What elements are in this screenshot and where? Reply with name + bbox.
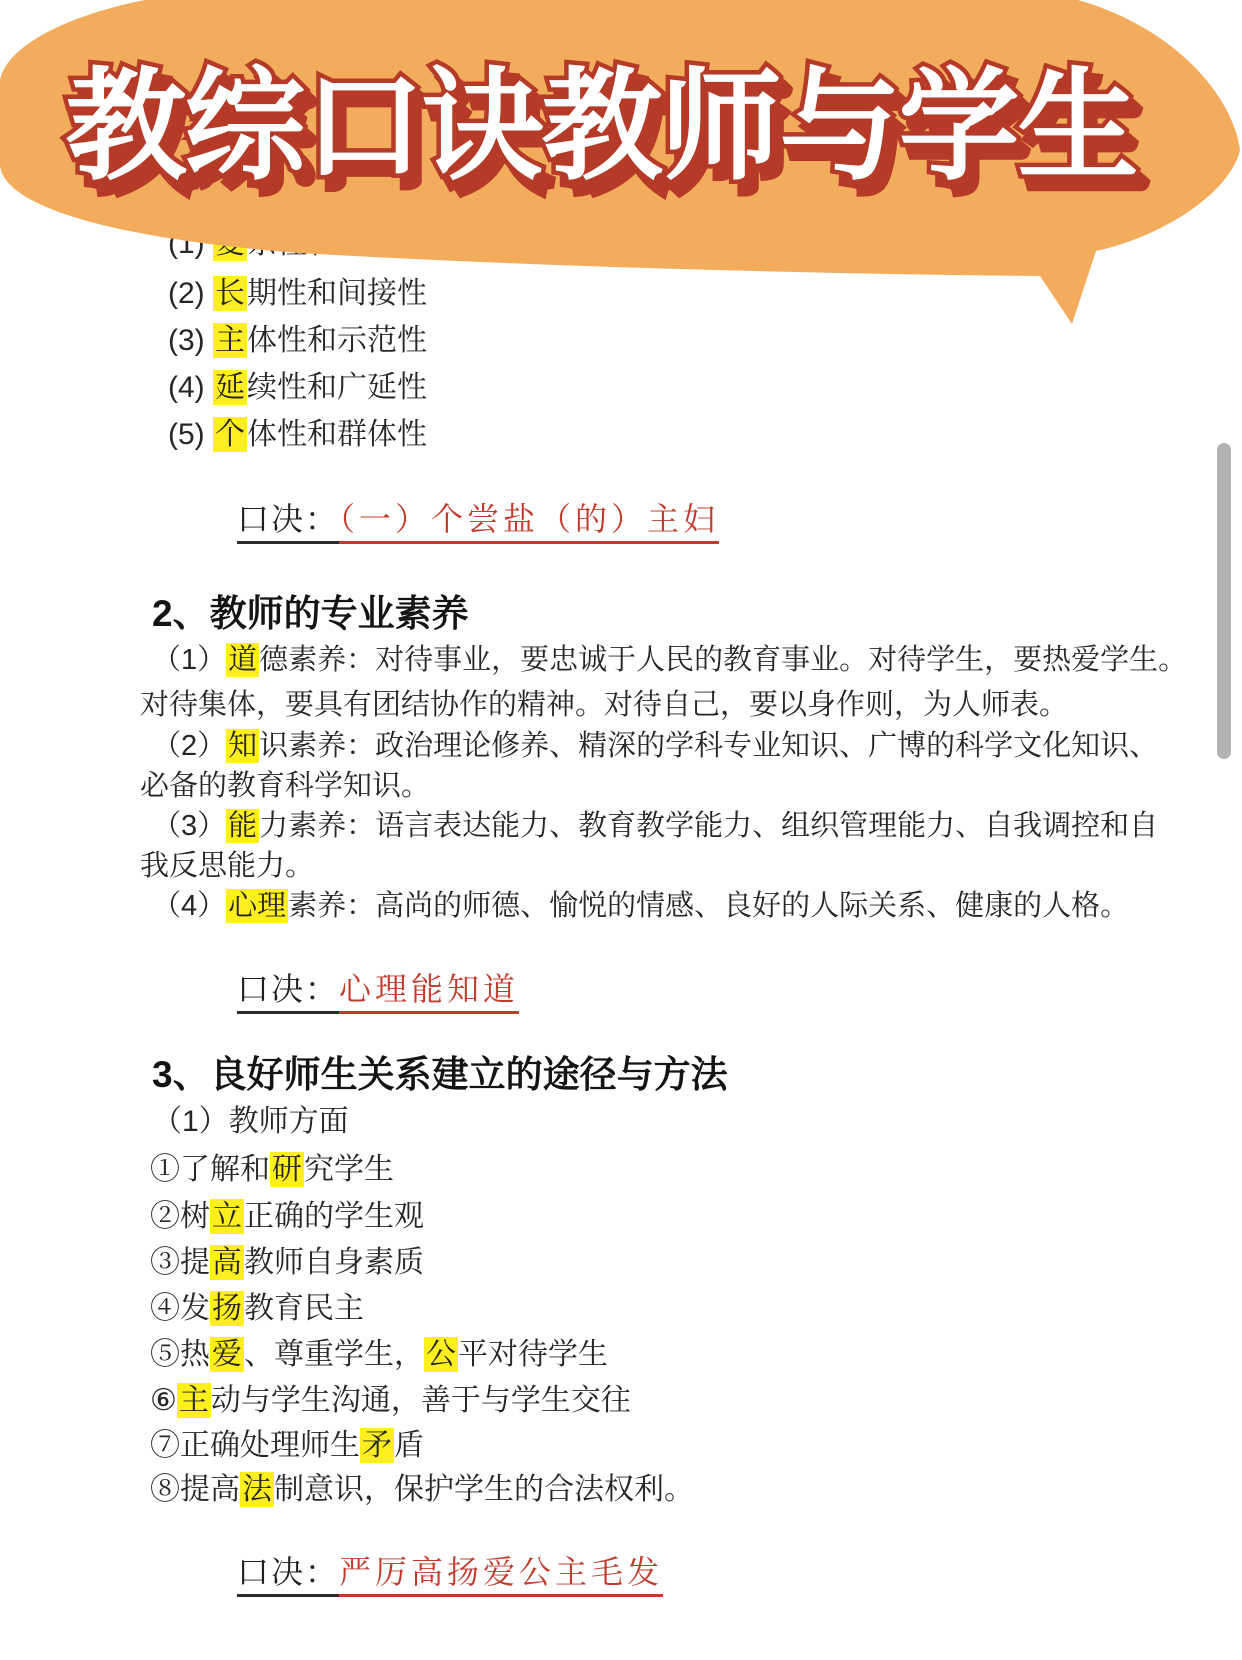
text-run: 德素养：对待事业，要忠诚于人民的教育事业。对待学生，要热爱学生。 xyxy=(259,644,1187,676)
numbered-item: ①了解和研究学生 xyxy=(150,1150,394,1190)
text-run: (5) xyxy=(168,418,213,451)
text-run: ⑧提高 xyxy=(150,1473,240,1506)
paragraph-line: 对待集体，要具有团结协作的精神。对待自己，要以身作则，为人师表。 xyxy=(140,685,1068,725)
text-run: ⑤热 xyxy=(150,1338,210,1371)
text-run: (4) xyxy=(168,371,213,404)
text-run: 必备的教育科学知识。 xyxy=(140,770,430,802)
numbered-item: ⑦正确处理师生矛盾 xyxy=(150,1426,424,1466)
highlighted-char: 心理 xyxy=(226,889,288,923)
mnemonic-line-2: 口决：心理能知道 xyxy=(237,968,519,1010)
text-run: 我反思能力。 xyxy=(140,850,314,882)
text-run: （4） xyxy=(152,890,226,922)
section-2-heading: 2、教师的专业素养 xyxy=(152,592,469,636)
numbered-item: ④发扬教育民主 xyxy=(150,1289,364,1329)
highlighted-char: 延 xyxy=(213,370,247,405)
numbered-item: ⑥主动与学生沟通，善于与学生交往 xyxy=(150,1381,631,1421)
text-run: ③提 xyxy=(150,1246,210,1279)
text-run: ⑦正确处理师生 xyxy=(150,1429,360,1462)
text-run: 、尊重学生， xyxy=(244,1338,424,1371)
highlighted-char: 立 xyxy=(210,1199,244,1234)
highlighted-char: 公 xyxy=(424,1337,458,1372)
text-run: 力素养：语言表达能力、教育教学能力、组织管理能力、自我调控和自 xyxy=(259,810,1158,842)
text-run: ②树 xyxy=(150,1200,210,1233)
paragraph-line: （1）道德素养：对待事业，要忠诚于人民的教育事业。对待学生，要热爱学生。 xyxy=(152,640,1187,680)
text-run: 正确的学生观 xyxy=(244,1200,424,1233)
highlighted-char: 个 xyxy=(213,417,247,452)
highlighted-char: 高 xyxy=(210,1245,244,1280)
list-item: (4) 延续性和广延性 xyxy=(168,368,427,408)
list-item: (5) 个体性和群体性 xyxy=(168,415,427,455)
mnemonic-label: 口决： xyxy=(237,971,339,1014)
mnemonic-label: 口决： xyxy=(237,1554,339,1597)
highlighted-char: 爱 xyxy=(210,1337,244,1372)
notes-page: (1) 复杂性和创造性 (2) 长期性和间接性 (3) 主体性和示范性 (4) … xyxy=(0,0,1242,1660)
highlighted-char: 研 xyxy=(270,1152,304,1187)
numbered-item: ⑧提高法制意识，保护学生的合法权利。 xyxy=(150,1470,694,1510)
section-3-subheading: （1）教师方面 xyxy=(152,1102,349,1142)
text-run: 续性和广延性 xyxy=(247,371,427,404)
highlighted-char: 能 xyxy=(226,809,259,843)
section-3-heading: 3、良好师生关系建立的途径与方法 xyxy=(152,1053,728,1097)
scrollbar-thumb[interactable] xyxy=(1217,443,1231,759)
mnemonic-text: 严厉高扬爱公主毛发 xyxy=(339,1554,663,1597)
text-run: 体性和群体性 xyxy=(247,418,427,451)
text-run: 动与学生沟通，善于与学生交往 xyxy=(211,1384,631,1417)
paragraph-line: 我反思能力。 xyxy=(140,846,314,886)
highlighted-char: 主 xyxy=(177,1383,211,1418)
numbered-item: ③提高教师自身素质 xyxy=(150,1243,424,1283)
numbered-item: ②树立正确的学生观 xyxy=(150,1197,424,1237)
mnemonic-line-1: 口决：（一）个尝盐（的）主妇 xyxy=(237,498,719,540)
text-run: ④发 xyxy=(150,1292,210,1325)
text-run: 平对待学生 xyxy=(458,1338,608,1371)
highlighted-char: 道 xyxy=(226,643,259,677)
text-run: （1） xyxy=(152,644,226,676)
text-run: ⑥ xyxy=(150,1384,177,1417)
mnemonic-line-3: 口决：严厉高扬爱公主毛发 xyxy=(237,1551,663,1593)
paragraph-line: （2）知识素养：政治理论修养、精深的学科专业知识、广博的科学文化知识、 xyxy=(152,726,1158,766)
highlighted-char: 知 xyxy=(226,729,259,763)
highlighted-char: 法 xyxy=(240,1472,274,1507)
banner-title: 教综口诀教师与学生 xyxy=(65,58,1136,194)
paragraph-line: 必备的教育科学知识。 xyxy=(140,766,430,806)
text-run: （3） xyxy=(152,810,226,842)
numbered-item: ⑤热爱、尊重学生，公平对待学生 xyxy=(150,1335,608,1375)
text-run: 教师自身素质 xyxy=(244,1246,424,1279)
text-run: 制意识，保护学生的合法权利。 xyxy=(274,1473,694,1506)
paragraph-line: （4）心理素养：高尚的师德、愉悦的情感、良好的人际关系、健康的人格。 xyxy=(152,886,1129,926)
mnemonic-label: 口决： xyxy=(237,501,339,544)
text-run: 究学生 xyxy=(304,1153,394,1186)
paragraph-line: （3）能力素养：语言表达能力、教育教学能力、组织管理能力、自我调控和自 xyxy=(152,806,1158,846)
text-run: 素养：高尚的师德、愉悦的情感、良好的人际关系、健康的人格。 xyxy=(288,890,1129,922)
text-run: 教育民主 xyxy=(244,1292,364,1325)
title-banner: 教综口诀教师与学生 教综口诀教师与学生 xyxy=(0,0,1242,365)
text-run: ①了解和 xyxy=(150,1153,270,1186)
text-run: （2） xyxy=(152,730,226,762)
text-run: 识素养：政治理论修养、精深的学科专业知识、广博的科学文化知识、 xyxy=(259,730,1158,762)
text-run: 盾 xyxy=(394,1429,424,1462)
highlighted-char: 矛 xyxy=(360,1428,394,1463)
mnemonic-text: （一）个尝盐（的）主妇 xyxy=(339,501,719,544)
highlighted-char: 扬 xyxy=(210,1291,244,1326)
text-run: 对待集体，要具有团结协作的精神。对待自己，要以身作则，为人师表。 xyxy=(140,689,1068,721)
mnemonic-text: 心理能知道 xyxy=(339,971,519,1014)
